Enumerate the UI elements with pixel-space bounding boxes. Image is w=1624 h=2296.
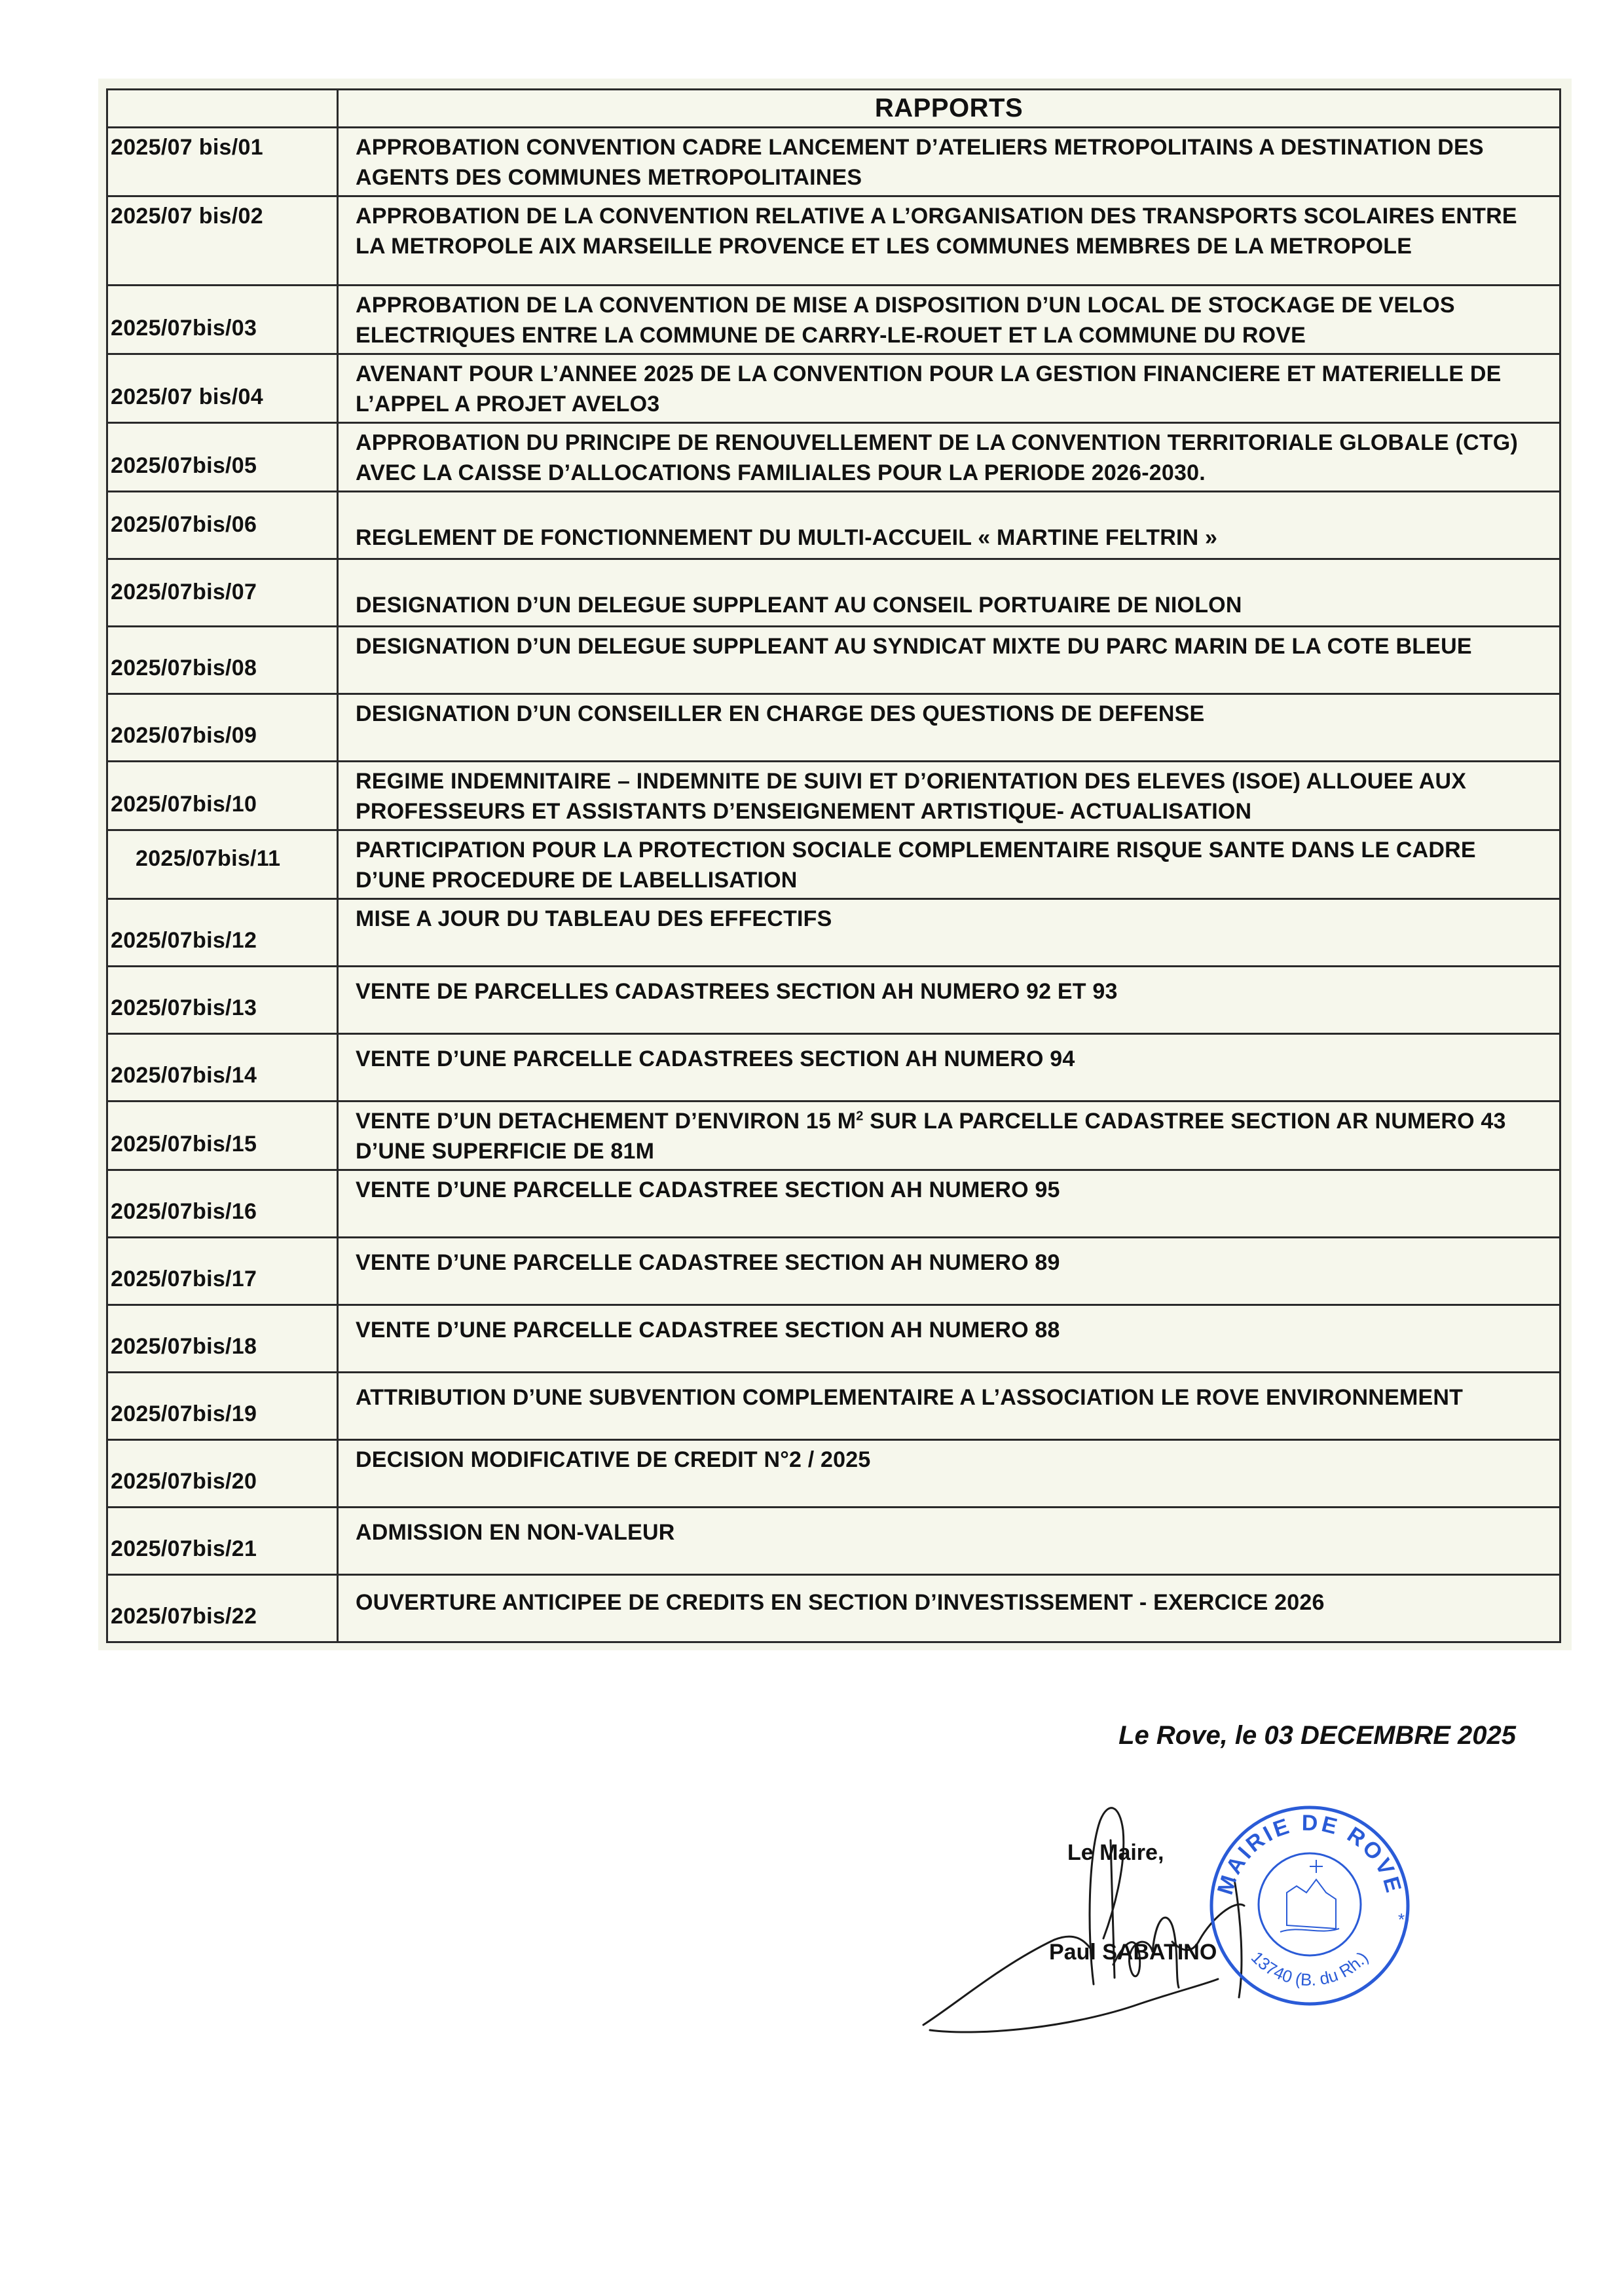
row-ref: 2025/07bis/07 (107, 559, 338, 627)
row-description: REGLEMENT DE FONCTIONNEMENT DU MULTI-ACC… (338, 492, 1560, 559)
row-description: DESIGNATION D’UN DELEGUE SUPPLEANT AU CO… (338, 559, 1560, 627)
row-ref: 2025/07bis/20 (107, 1440, 338, 1508)
row-ref: 2025/07bis/13 (107, 967, 338, 1034)
signatory-name: Paul SABATINO (1049, 1940, 1217, 1965)
row-description: VENTE D’UNE PARCELLE CADASTREES SECTION … (338, 1034, 1560, 1102)
table-row: 2025/07bis/14 VENTE D’UNE PARCELLE CADAS… (107, 1034, 1560, 1102)
row-ref: 2025/07bis/12 (107, 899, 338, 967)
row-ref: 2025/07bis/21 (107, 1508, 338, 1575)
row-description: APPROBATION CONVENTION CADRE LANCEMENT D… (338, 128, 1560, 196)
row-description: VENTE D’UNE PARCELLE CADASTREE SECTION A… (338, 1305, 1560, 1373)
row-description: AVENANT POUR L’ANNEE 2025 DE LA CONVENTI… (338, 354, 1560, 423)
table-row: 2025/07 bis/04 AVENANT POUR L’ANNEE 2025… (107, 354, 1560, 423)
rapports-table: RAPPORTS 2025/07 bis/01 APPROBATION CONV… (106, 88, 1561, 1643)
header-ref-cell (107, 90, 338, 128)
row-ref: 2025/07 bis/01 (107, 128, 338, 196)
signature-block: MAIRIE DE ROVE 13740 (B. du Rh.) * Le Ma… (904, 1768, 1493, 2043)
table-row: 2025/07 bis/01 APPROBATION CONVENTION CA… (107, 128, 1560, 196)
row-ref: 2025/07 bis/04 (107, 354, 338, 423)
row-description: VENTE DE PARCELLES CADASTREES SECTION AH… (338, 967, 1560, 1034)
row-description: APPROBATION DE LA CONVENTION DE MISE A D… (338, 286, 1560, 354)
row-ref: 2025/07bis/14 (107, 1034, 338, 1102)
stamp-star: * (1398, 1910, 1405, 1929)
row-ref: 2025/07bis/18 (107, 1305, 338, 1373)
table-row: 2025/07bis/11 PARTICIPATION POUR LA PROT… (107, 830, 1560, 899)
row-ref: 2025/07bis/11 (107, 830, 338, 899)
row-ref: 2025/07bis/16 (107, 1170, 338, 1238)
place-and-date: Le Rove, le 03 DECEMBRE 2025 (1118, 1721, 1516, 1750)
row-description: VENTE D’UN DETACHEMENT D’ENVIRON 15 M2 S… (338, 1102, 1560, 1170)
table-row: 2025/07bis/03 APPROBATION DE LA CONVENTI… (107, 286, 1560, 354)
table-row: 2025/07bis/06 REGLEMENT DE FONCTIONNEMEN… (107, 492, 1560, 559)
row-ref: 2025/07bis/19 (107, 1373, 338, 1440)
table-row: 2025/07bis/10 REGIME INDEMNITAIRE – INDE… (107, 762, 1560, 830)
row-description: VENTE D’UNE PARCELLE CADASTREE SECTION A… (338, 1238, 1560, 1305)
row-description: ATTRIBUTION D’UNE SUBVENTION COMPLEMENTA… (338, 1373, 1560, 1440)
table-row: 2025/07bis/20 DECISION MODIFICATIVE DE C… (107, 1440, 1560, 1508)
row-description: REGIME INDEMNITAIRE – INDEMNITE DE SUIVI… (338, 762, 1560, 830)
row-description: OUVERTURE ANTICIPEE DE CREDITS EN SECTIO… (338, 1575, 1560, 1642)
row-ref: 2025/07bis/06 (107, 492, 338, 559)
row-ref: 2025/07bis/10 (107, 762, 338, 830)
table-row: 2025/07bis/13 VENTE DE PARCELLES CADASTR… (107, 967, 1560, 1034)
row-ref: 2025/07bis/22 (107, 1575, 338, 1642)
table-row: 2025/07bis/15 VENTE D’UN DETACHEMENT D’E… (107, 1102, 1560, 1170)
table-row: 2025/07bis/18 VENTE D’UNE PARCELLE CADAS… (107, 1305, 1560, 1373)
row-ref: 2025/07 bis/02 (107, 196, 338, 286)
table-row: 2025/07bis/17 VENTE D’UNE PARCELLE CADAS… (107, 1238, 1560, 1305)
row-description: ADMISSION EN NON-VALEUR (338, 1508, 1560, 1575)
table-row: 2025/07bis/09 DESIGNATION D’UN CONSEILLE… (107, 694, 1560, 762)
row-description: VENTE D’UNE PARCELLE CADASTREE SECTION A… (338, 1170, 1560, 1238)
svg-text:13740 (B. du Rh.): 13740 (B. du Rh.) (1247, 1948, 1372, 1990)
row-ref: 2025/07bis/15 (107, 1102, 338, 1170)
row-description: DESIGNATION D’UN DELEGUE SUPPLEANT AU SY… (338, 627, 1560, 694)
row-description: MISE A JOUR DU TABLEAU DES EFFECTIFS (338, 899, 1560, 967)
row-description: DESIGNATION D’UN CONSEILLER EN CHARGE DE… (338, 694, 1560, 762)
mairie-stamp-icon: MAIRIE DE ROVE 13740 (B. du Rh.) * (1202, 1794, 1418, 2017)
row-description-part: VENTE D’UN DETACHEMENT D’ENVIRON 15 M (356, 1109, 856, 1134)
table-row: 2025/07bis/12 MISE A JOUR DU TABLEAU DES… (107, 899, 1560, 967)
row-description: PARTICIPATION POUR LA PROTECTION SOCIALE… (338, 830, 1560, 899)
row-ref: 2025/07bis/17 (107, 1238, 338, 1305)
row-description: APPROBATION DU PRINCIPE DE RENOUVELLEMEN… (338, 423, 1560, 492)
table-row: 2025/07bis/16 VENTE D’UNE PARCELLE CADAS… (107, 1170, 1560, 1238)
superscript: 2 (856, 1109, 863, 1124)
header-title: RAPPORTS (338, 90, 1560, 128)
table-row: 2025/07bis/21 ADMISSION EN NON-VALEUR (107, 1508, 1560, 1575)
table-header-row: RAPPORTS (107, 90, 1560, 128)
row-ref: 2025/07bis/09 (107, 694, 338, 762)
table-row: 2025/07bis/22 OUVERTURE ANTICIPEE DE CRE… (107, 1575, 1560, 1642)
table-row: 2025/07bis/19 ATTRIBUTION D’UNE SUBVENTI… (107, 1373, 1560, 1440)
stamp-bottom-text: 13740 (B. du Rh.) (1247, 1948, 1372, 1990)
row-ref: 2025/07bis/08 (107, 627, 338, 694)
row-description: APPROBATION DE LA CONVENTION RELATIVE A … (338, 196, 1560, 286)
row-ref: 2025/07bis/03 (107, 286, 338, 354)
row-description: DECISION MODIFICATIVE DE CREDIT N°2 / 20… (338, 1440, 1560, 1508)
table-row: 2025/07 bis/02 APPROBATION DE LA CONVENT… (107, 196, 1560, 286)
table-row: 2025/07bis/07 DESIGNATION D’UN DELEGUE S… (107, 559, 1560, 627)
signatory-title: Le Maire, (1067, 1840, 1164, 1866)
table-row: 2025/07bis/08 DESIGNATION D’UN DELEGUE S… (107, 627, 1560, 694)
row-ref: 2025/07bis/05 (107, 423, 338, 492)
table-row: 2025/07bis/05 APPROBATION DU PRINCIPE DE… (107, 423, 1560, 492)
